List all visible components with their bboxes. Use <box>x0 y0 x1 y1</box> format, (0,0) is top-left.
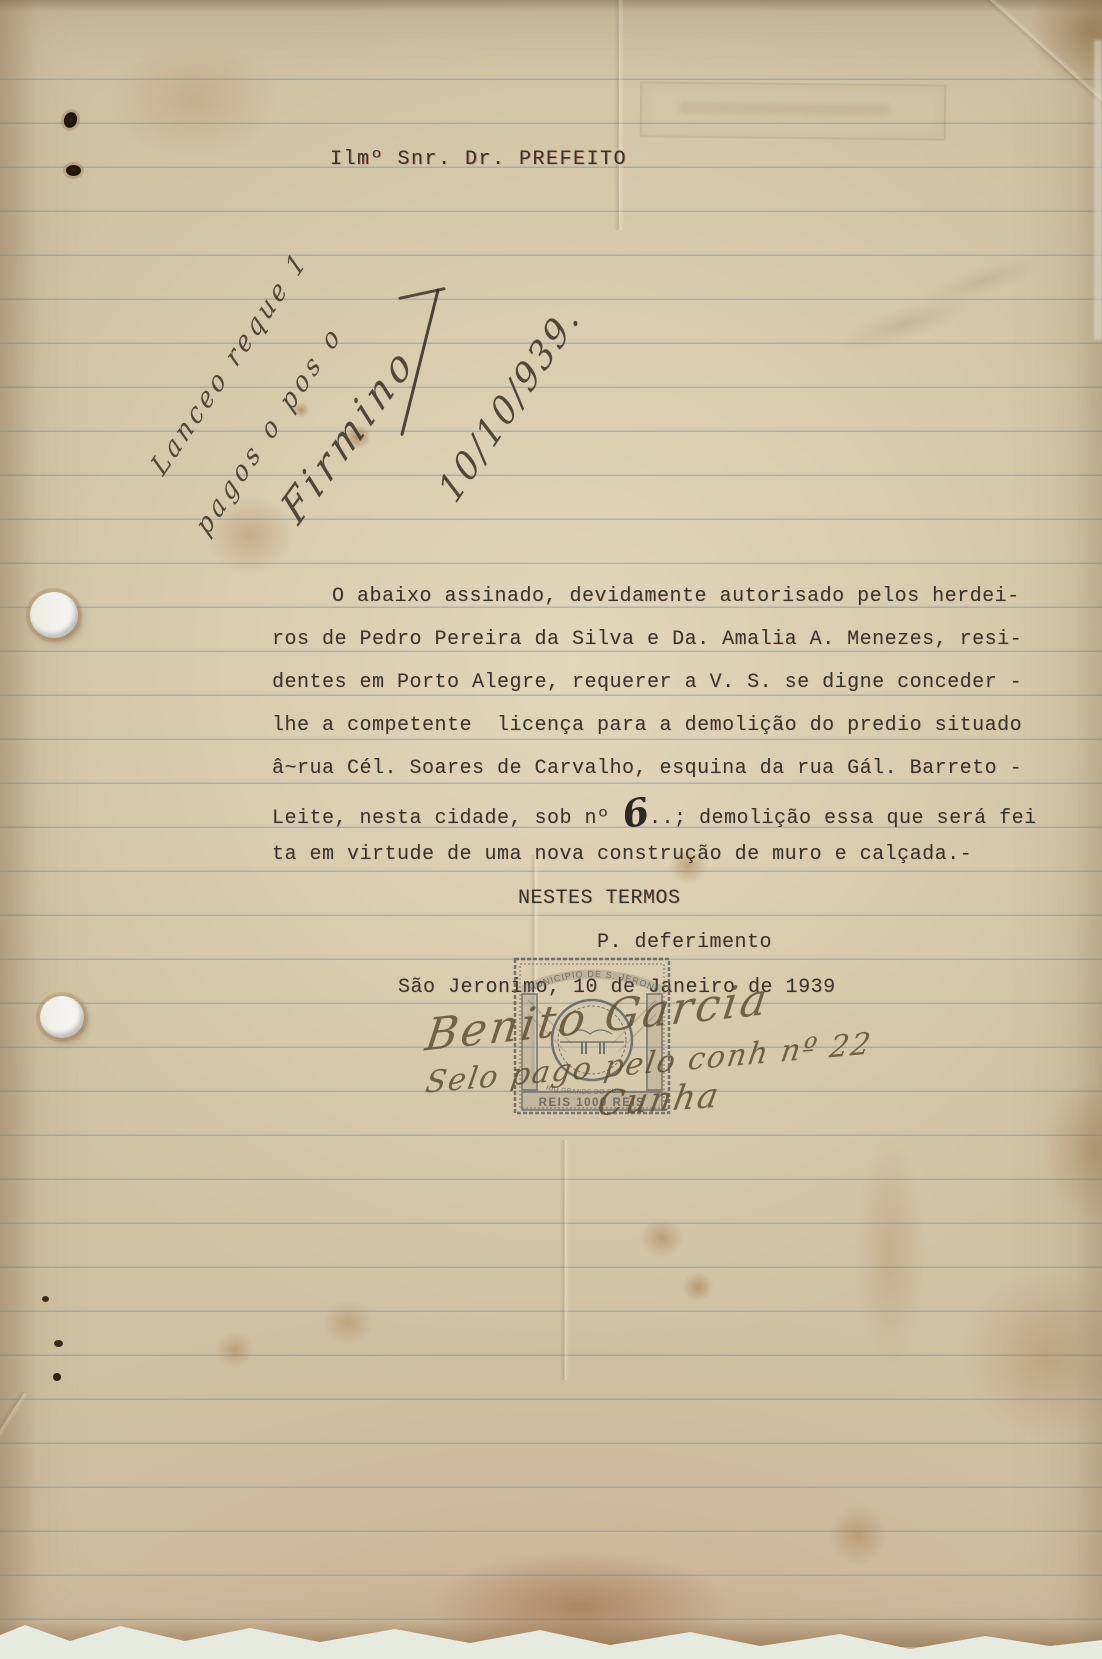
nestes-termos-line: NESTES TERMOS <box>518 887 681 910</box>
faint-stamp-text-smudge <box>680 102 890 116</box>
ink-speck <box>54 1340 63 1347</box>
ink-speck <box>42 1296 49 1302</box>
ink-speck <box>53 1373 61 1381</box>
body-line-7: ta em virtude de uma nova construção de … <box>272 843 972 866</box>
handwritten-house-number: 6 <box>621 801 651 825</box>
body-line-3: dentes em Porto Alegre, requerer a V. S.… <box>272 671 1022 694</box>
page-edge-highlight <box>1094 40 1102 340</box>
body-line-6: Leite, nesta cidade, sob nº 6..; demoliç… <box>272 800 1037 830</box>
faint-stamp-impression <box>640 81 947 140</box>
body-line-6-post: ..; demolição essa que será fei <box>649 807 1037 830</box>
body-line-6-pre: Leite, nesta cidade, sob nº <box>272 807 622 830</box>
aged-lined-paper: Ilmº Snr. Dr. PREFEITO O abaixo assinado… <box>0 0 1102 1659</box>
body-line-4: lhe a competente licença para a demoliçã… <box>272 714 1022 737</box>
body-line-2: ros de Pedro Pereira da Silva e Da. Amal… <box>272 628 1022 651</box>
punch-hole <box>30 592 78 638</box>
body-line-5: â~rua Cél. Soares de Carvalho, esquina d… <box>272 757 1022 780</box>
page-title: Ilmº Snr. Dr. PREFEITO <box>330 148 627 171</box>
ruled-lines <box>0 36 1102 1636</box>
torn-edge-shadow <box>0 1621 1102 1647</box>
body-line-1: O abaixo assinado, devidamente autorisad… <box>332 585 1020 608</box>
scanned-document-page: { "page": { "title": "Ilmº Snr. Dr. PREF… <box>0 0 1102 1659</box>
punch-hole <box>40 996 84 1038</box>
punch-hole <box>66 165 81 176</box>
